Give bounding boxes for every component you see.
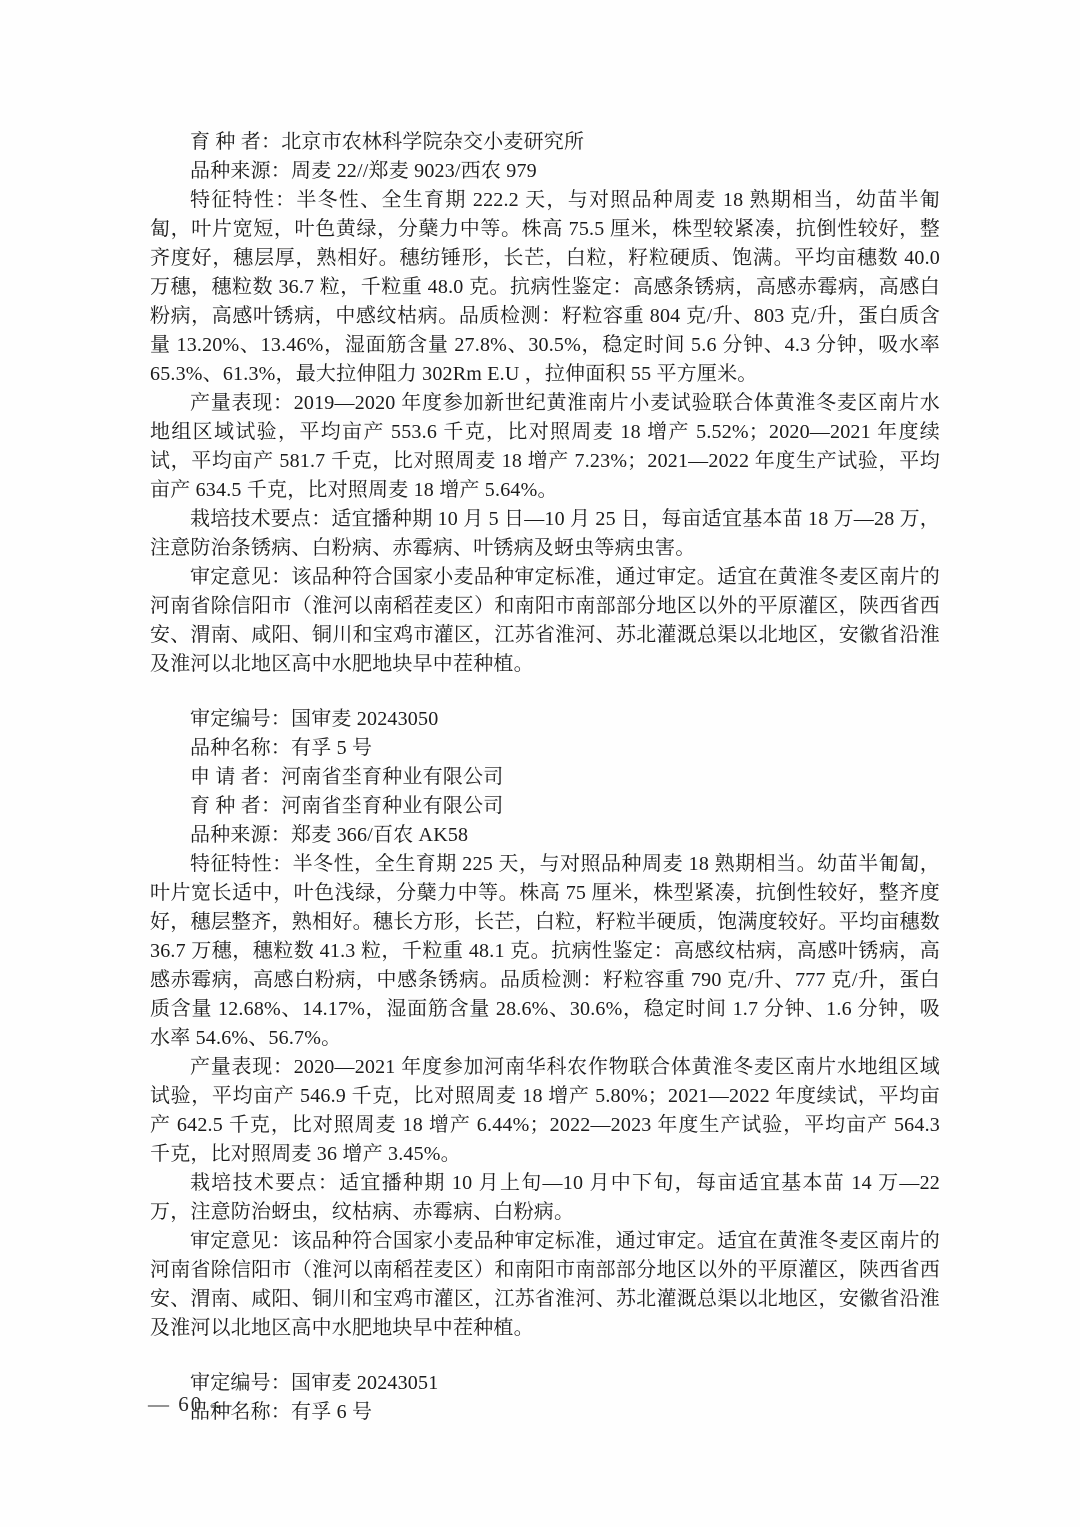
document-content: 育 种 者：北京市农林科学院杂交小麦研究所 品种来源：周麦 22//郑麦 902… — [150, 128, 940, 1427]
field-breeder: 育 种 者：北京市农林科学院杂交小麦研究所 — [150, 128, 940, 157]
para-cultivation-points: 栽培技术要点：适宜播种期 10 月上旬—10 月中下旬，每亩适宜基本苗 14 万… — [150, 1169, 940, 1227]
variety-entry-2: 审定编号：国审麦 20243050 品种名称：有孚 5 号 申 请 者：河南省坔… — [150, 705, 940, 1343]
field-applicant: 申 请 者：河南省坔育种业有限公司 — [150, 763, 940, 792]
document-page: 育 种 者：北京市农林科学院杂交小麦研究所 品种来源：周麦 22//郑麦 902… — [0, 0, 1080, 1527]
field-variety-origin: 品种来源：周麦 22//郑麦 9023/西农 979 — [150, 157, 940, 186]
para-characteristics: 特征特性：半冬性，全生育期 225 天，与对照品种周麦 18 熟期相当。幼苗半匍… — [150, 850, 940, 1053]
para-characteristics: 特征特性：半冬性、全生育期 222.2 天，与对照品种周麦 18 熟期相当，幼苗… — [150, 186, 940, 389]
para-approval-opinion: 审定意见：该品种符合国家小麦品种审定标准，通过审定。适宜在黄淮冬麦区南片的河南省… — [150, 563, 940, 679]
page-number: — 60 — — [148, 1392, 234, 1416]
page-footer: — 60 — — [148, 1392, 234, 1417]
para-yield-performance: 产量表现：2020—2021 年度参加河南华科农作物联合体黄淮冬麦区南片水地组区… — [150, 1053, 940, 1169]
field-certification-number: 审定编号：国审麦 20243050 — [150, 705, 940, 734]
variety-entry-3: 审定编号：国审麦 20243051 品种名称：有孚 6 号 — [150, 1369, 940, 1427]
para-yield-performance: 产量表现：2019—2020 年度参加新世纪黄淮南片小麦试验联合体黄淮冬麦区南片… — [150, 389, 940, 505]
field-certification-number: 审定编号：国审麦 20243051 — [150, 1369, 940, 1398]
variety-entry-1: 育 种 者：北京市农林科学院杂交小麦研究所 品种来源：周麦 22//郑麦 902… — [150, 128, 940, 679]
field-variety-name: 品种名称：有孚 6 号 — [150, 1398, 940, 1427]
para-cultivation-points: 栽培技术要点：适宜播种期 10 月 5 日—10 月 25 日，每亩适宜基本苗 … — [150, 505, 940, 563]
field-variety-name: 品种名称：有孚 5 号 — [150, 734, 940, 763]
field-variety-origin: 品种来源：郑麦 366/百农 AK58 — [150, 821, 940, 850]
field-breeder: 育 种 者：河南省坔育种业有限公司 — [150, 792, 940, 821]
para-approval-opinion: 审定意见：该品种符合国家小麦品种审定标准，通过审定。适宜在黄淮冬麦区南片的河南省… — [150, 1227, 940, 1343]
